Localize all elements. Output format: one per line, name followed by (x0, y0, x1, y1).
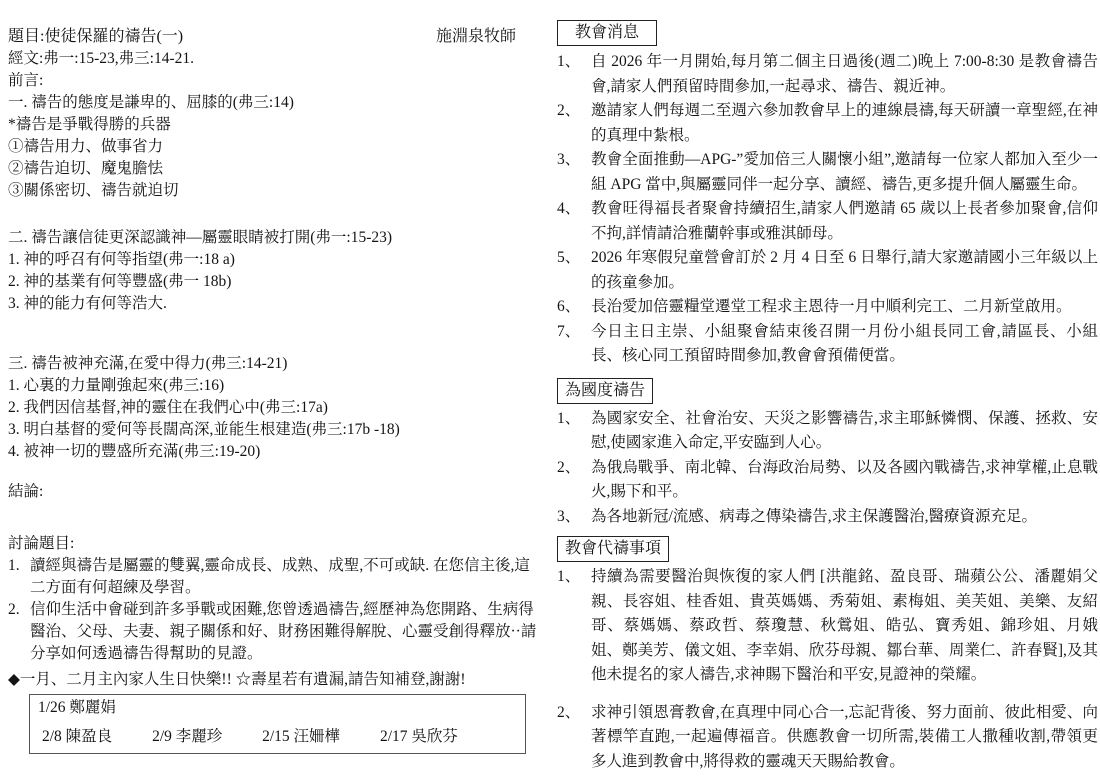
birthday-row-january: 1/26 鄭麗娟 (36, 697, 519, 719)
news-item-text: 教會全面推動—APG-”愛加倍三人關懷小組”,邀請每一位家人都加入至少一組 AP… (591, 148, 1098, 197)
section1-line: ③關係密切、禱告就迫切 (8, 180, 540, 202)
news-item: 3、 教會全面推動—APG-”愛加倍三人關懷小組”,邀請每一位家人都加入至少一組… (557, 148, 1098, 197)
birthday-entry: 2/17 吳欣芬 (380, 728, 458, 745)
scripture-line: 經文:弗一:15-23,弗三:14-21. (8, 48, 540, 70)
news-item: 4、 教會旺得福長者聚會持續招生,請家人們邀請 65 歲以上長者參加聚會,信仰不… (557, 197, 1098, 246)
news-item-number: 2、 (557, 99, 591, 148)
birthday-entry: 2/15 汪姍樺 (262, 728, 340, 745)
section3-line: 2. 我們因信基督,神的靈住在我們心中(弗三:17a) (8, 397, 540, 419)
nation-prayer-item: 1、 為國家安全、社會治安、天災之影響禱告,求主耶穌憐憫、保護、拯救、安慰,使國… (557, 407, 1098, 456)
section1-line: *禱告是爭戰得勝的兵器 (8, 114, 540, 136)
intercession-number: 2、 (557, 701, 591, 775)
birthday-entry: 2/9 李麗珍 (152, 728, 222, 745)
intercession-text: 持續為需要醫治與恢復的家人們 [洪龍銘、盈良哥、瑞蘋公公、潘麗娟父親、長容姐、桂… (591, 565, 1098, 688)
nation-prayer-header: 為國度禱告 (557, 378, 653, 404)
news-header: 教會消息 (557, 20, 657, 46)
preface-label: 前言: (8, 70, 540, 92)
intercession-item: 2、 求神引領恩膏教會,在真理中同心合一,忘記背後、努力面前、彼此相愛、向著標竿… (557, 701, 1098, 775)
news-item-text: 邀請家人們每週二至週六參加教會早上的連線晨禱,每天研讀一章聖經,在神的真理中紮根… (591, 99, 1098, 148)
nation-prayer-text: 為各地新冠/流感、病毒之傳染禱告,求主保護醫治,醫療資源充足。 (591, 505, 1098, 530)
intercession-item: 1、 持續為需要醫治與恢復的家人們 [洪龍銘、盈良哥、瑞蘋公公、潘麗娟父親、長容… (557, 565, 1098, 688)
pastor-name: 施淵泉牧師 (436, 26, 516, 48)
nation-prayer-header-wrap: 為國度禱告 (557, 378, 1098, 404)
title-row: 題目:使徒保羅的禱告(一) 施淵泉牧師 (8, 26, 540, 48)
discussion-item-text: 讀經與禱告是屬靈的雙翼,靈命成長、成熟、成聖,不可或缺. 在您信主後,這二方面有… (30, 555, 540, 599)
sermon-title: 題目:使徒保羅的禱告(一) (8, 26, 183, 48)
discussion-item-number: 2. (8, 599, 30, 665)
section3-line: 3. 明白基督的愛何等長闊高深,並能生根建造(弗三:17b -18) (8, 419, 540, 441)
news-item-number: 6、 (557, 295, 591, 320)
discussion-item: 2. 信仰生活中會碰到許多爭戰或困難,您曾透過禱告,經歷神為您開路、生病得醫治、… (8, 599, 540, 665)
section2-heading: 二. 禱告讓信徒更深認識神—屬靈眼睛被打開(弗一:15-23) (8, 227, 540, 249)
section2-line: 2. 神的基業有何等豐盛(弗一 18b) (8, 271, 540, 293)
section2-line: 3. 神的能力有何等浩大. (8, 293, 540, 315)
news-item: 2、 邀請家人們每週二至週六參加教會早上的連線晨禱,每天研讀一章聖經,在神的真理… (557, 99, 1098, 148)
section1-heading: 一. 禱告的態度是謙卑的、屈膝的(弗三:14) (8, 92, 540, 114)
intercession-number: 1、 (557, 565, 591, 688)
intercession-header-wrap: 教會代禱事項 (557, 536, 1098, 562)
birthday-row-february: 2/8 陳盈良 2/9 李麗珍 2/15 汪姍樺 2/17 吳欣芬 (36, 726, 519, 748)
section3-line: 1. 心裏的力量剛強起來(弗三:16) (8, 375, 540, 397)
birthday-entry: 2/8 陳盈良 (42, 728, 112, 745)
nation-prayer-text: 為國家安全、社會治安、天災之影響禱告,求主耶穌憐憫、保護、拯救、安慰,使國家進入… (591, 407, 1098, 456)
birthday-table: 1/26 鄭麗娟 2/8 陳盈良 2/9 李麗珍 2/15 汪姍樺 2/17 吳… (29, 694, 526, 754)
bulletin-page: 題目:使徒保羅的禱告(一) 施淵泉牧師 經文:弗一:15-23,弗三:14-21… (0, 0, 1100, 776)
announcements-column: 教會消息 1、 自 2026 年一月開始,每月第二個主日過後(週二)晚上 7:0… (557, 20, 1098, 774)
section2-line: 1. 神的呼召有何等指望(弗一:18 a) (8, 249, 540, 271)
nation-prayer-item: 3、 為各地新冠/流感、病毒之傳染禱告,求主保護醫治,醫療資源充足。 (557, 505, 1098, 530)
intercession-text: 求神引領恩膏教會,在真理中同心合一,忘記背後、努力面前、彼此相愛、向著標竿直跑,… (591, 701, 1098, 775)
news-item: 6、 長治愛加倍靈糧堂遷堂工程求主恩待一月中順利完工、二月新堂啟用。 (557, 295, 1098, 320)
section3-line: 4. 被神一切的豐盛所充滿(弗三:19-20) (8, 441, 540, 463)
news-item: 5、 2026 年寒假兒童營會訂於 2 月 4 日至 6 日舉行,請大家邀請國小… (557, 246, 1098, 295)
news-item-number: 5、 (557, 246, 591, 295)
discussion-item: 1. 讀經與禱告是屬靈的雙翼,靈命成長、成熟、成聖,不可或缺. 在您信主後,這二… (8, 555, 540, 599)
news-item-text: 今日主日主崇、小組聚會結束後召開一月份小組長同工會,請區長、小組長、核心同工預留… (591, 320, 1098, 369)
news-item-text: 教會旺得福長者聚會持續招生,請家人們邀請 65 歲以上長者參加聚會,信仰不拘,詳… (591, 197, 1098, 246)
discussion-heading: 討論題目: (8, 533, 540, 555)
sermon-outline-column: 題目:使徒保羅的禱告(一) 施淵泉牧師 經文:弗一:15-23,弗三:14-21… (8, 26, 540, 754)
nation-prayer-number: 1、 (557, 407, 591, 456)
section1-line: ②禱告迫切、魔鬼膽怯 (8, 158, 540, 180)
nation-prayer-number: 3、 (557, 505, 591, 530)
news-item: 7、 今日主日主崇、小組聚會結束後召開一月份小組長同工會,請區長、小組長、核心同… (557, 320, 1098, 369)
discussion-item-text: 信仰生活中會碰到許多爭戰或困難,您曾透過禱告,經歷神為您開路、生病得醫治、父母、… (30, 599, 540, 665)
conclusion-label: 結論: (8, 481, 540, 503)
birthday-greeting-line: ◆一月、二月主內家人生日快樂!! ☆壽星若有遺漏,請告知補登,謝謝! (8, 669, 540, 691)
news-item-text: 自 2026 年一月開始,每月第二個主日過後(週二)晚上 7:00-8:30 是… (591, 50, 1098, 99)
news-item-number: 4、 (557, 197, 591, 246)
nation-prayer-item: 2、 為俄烏戰爭、南北韓、台海政治局勢、以及各國內戰禱告,求神掌權,止息戰火,賜… (557, 456, 1098, 505)
news-item-number: 3、 (557, 148, 591, 197)
news-item-number: 1、 (557, 50, 591, 99)
news-item-text: 2026 年寒假兒童營會訂於 2 月 4 日至 6 日舉行,請大家邀請國小三年級… (591, 246, 1098, 295)
nation-prayer-number: 2、 (557, 456, 591, 505)
nation-prayer-text: 為俄烏戰爭、南北韓、台海政治局勢、以及各國內戰禱告,求神掌權,止息戰火,賜下和平… (591, 456, 1098, 505)
news-item: 1、 自 2026 年一月開始,每月第二個主日過後(週二)晚上 7:00-8:3… (557, 50, 1098, 99)
news-header-wrap: 教會消息 (557, 20, 1098, 46)
news-item-number: 7、 (557, 320, 591, 369)
intercession-header: 教會代禱事項 (557, 536, 669, 562)
news-item-text: 長治愛加倍靈糧堂遷堂工程求主恩待一月中順利完工、二月新堂啟用。 (591, 295, 1098, 320)
section1-line: ①禱告用力、做事省力 (8, 136, 540, 158)
discussion-item-number: 1. (8, 555, 30, 599)
section3-heading: 三. 禱告被神充滿,在愛中得力(弗三:14-21) (8, 353, 540, 375)
